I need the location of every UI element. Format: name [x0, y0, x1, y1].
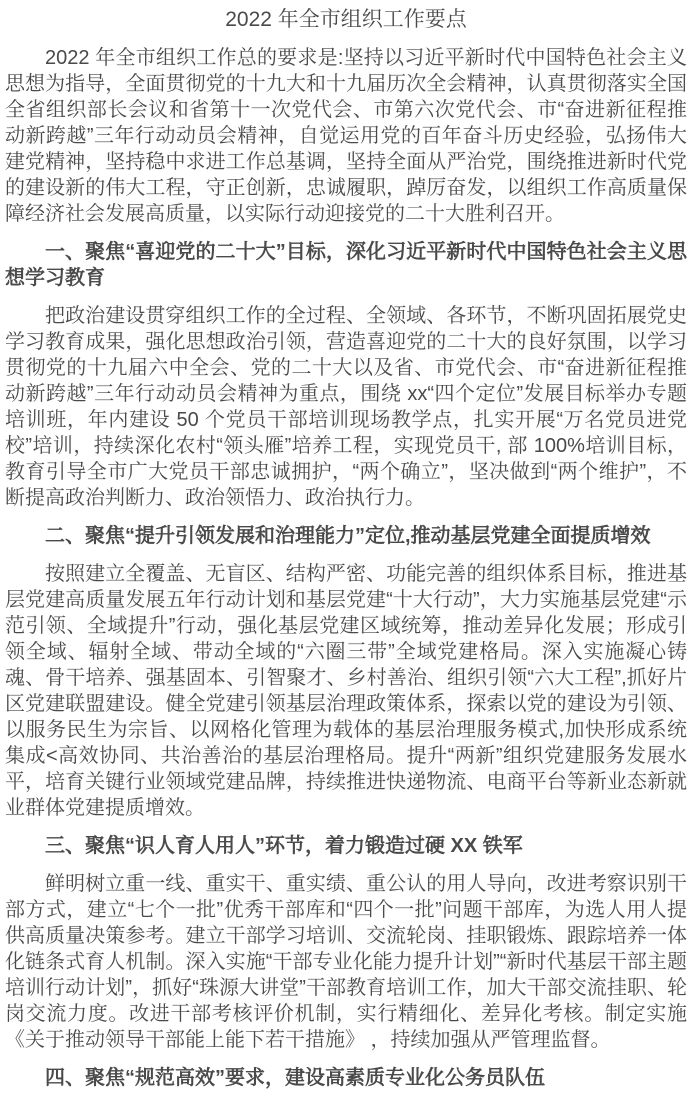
section-4-heading: 四、聚焦“规范高效”要求，建设高素质专业化公务员队伍 [5, 1065, 687, 1091]
section-2-heading: 二、聚焦“提升引领发展和治理能力”定位,推动基层党建全面提质增效 [5, 523, 687, 549]
section-1-heading: 一、聚焦“喜迎党的二十大”目标，深化习近平新时代中国特色社会主义思想学习教育 [5, 239, 687, 291]
section-3-paragraph: 鲜明树立重一线、重实干、重实绩、重公认的用人导向，改进考察识别干部方式，建立“七… [5, 871, 687, 1053]
section-1-paragraph: 把政治建设贯穿组织工作的全过程、全领域、各环节，不断巩固拓展党史学习教育成果，强… [5, 303, 687, 511]
section-3-heading: 三、聚焦“识人育人用人”环节，着力锻造过硬 XX 铁军 [5, 833, 687, 859]
section-2-paragraph: 按照建立全覆盖、无盲区、结构严密、功能完善的组织体系目标，推进基层党建高质量发展… [5, 561, 687, 821]
intro-paragraph: 2022 年全市组织工作总的要求是:坚持以习近平新时代中国特色社会主义思想为指导… [5, 45, 687, 227]
document-title: 2022 年全市组织工作要点 [5, 6, 687, 33]
document-body: 2022 年全市组织工作要点 2022 年全市组织工作总的要求是:坚持以习近平新… [5, 6, 687, 1091]
document-page: 2022 年全市组织工作要点 2022 年全市组织工作总的要求是:坚持以习近平新… [0, 0, 693, 1097]
